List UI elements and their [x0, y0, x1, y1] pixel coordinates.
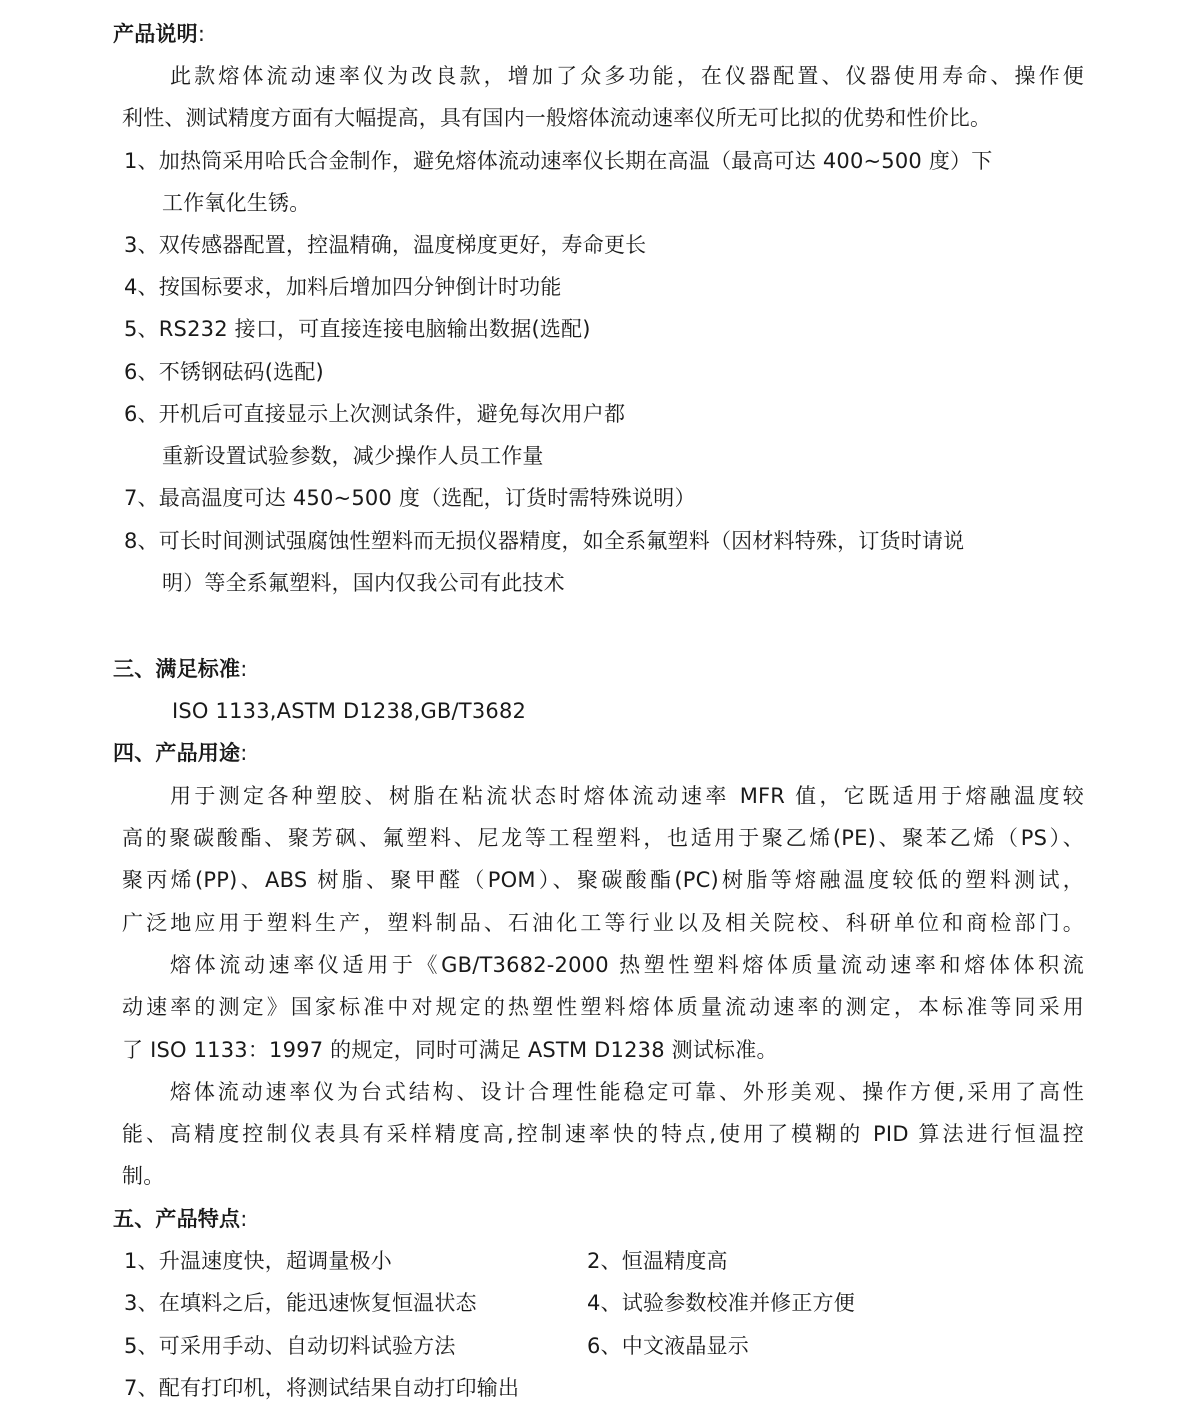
list-item: 5、RS232 接口，可直接连接电脑输出数据(选配) [124, 315, 591, 343]
feature-item: 4、试验参数校准并修正方便 [587, 1289, 855, 1317]
heading-colon: : [240, 1207, 247, 1231]
heading-colon: : [240, 657, 247, 681]
list-item: 6、开机后可直接显示上次测试条件，避免每次用户都 [124, 400, 625, 428]
intro-paragraph-line: 利性、测试精度方面有大幅提高，具有国内一般熔体流动速率仪所无可比拟的优势和性价比… [122, 104, 1084, 132]
standards-text: ISO 1133,ASTM D1238,GB/T3682 [172, 697, 526, 725]
section-heading-usage: 四、产品用途: [113, 739, 247, 767]
section-heading-description: 产品说明: [113, 20, 205, 48]
list-item-continuation: 明）等全系氟塑料，国内仅我公司有此技术 [162, 569, 565, 597]
heading-text: 产品说明 [113, 22, 198, 46]
usage-paragraph-line: 用于测定各种塑胶、树脂在粘流状态时熔体流动速率 MFR 值，它既适用于熔融温度较 [170, 782, 1084, 810]
usage-paragraph-line: 能、高精度控制仪表具有采样精度高,控制速率快的特点,使用了模糊的 PID 算法进… [122, 1120, 1084, 1148]
heading-text: 三、满足标准 [113, 657, 240, 681]
usage-paragraph-line: 熔体流动速率仪适用于《GB/T3682-2000 热塑性塑料熔体质量流动速率和熔… [170, 951, 1084, 979]
feature-item: 5、可采用手动、自动切料试验方法 [124, 1332, 456, 1360]
feature-item: 6、中文液晶显示 [587, 1332, 749, 1360]
section-heading-features: 五、产品特点: [113, 1205, 247, 1233]
heading-colon: : [240, 741, 247, 765]
usage-paragraph-line: 动速率的测定》国家标准中对规定的热塑性塑料熔体质量流动速率的测定，本标准等同采用 [122, 993, 1084, 1021]
heading-colon: : [198, 22, 205, 46]
list-item-continuation: 重新设置试验参数，减少操作人员工作量 [162, 442, 544, 470]
feature-item: 3、在填料之后，能迅速恢复恒温状态 [124, 1289, 477, 1317]
feature-item: 1、升温速度快，超调量极小 [124, 1247, 392, 1275]
usage-paragraph-line: 高的聚碳酸酯、聚芳砜、氟塑料、尼龙等工程塑料，也适用于聚乙烯(PE)、聚苯乙烯（… [122, 824, 1084, 852]
feature-item: 7、配有打印机，将测试结果自动打印输出 [124, 1374, 519, 1402]
heading-text: 五、产品特点 [113, 1207, 240, 1231]
list-item: 6、不锈钢砝码(选配) [124, 358, 324, 386]
usage-paragraph-line: 广泛地应用于塑料生产，塑料制品、石油化工等行业以及相关院校、科研单位和商检部门。 [122, 909, 1084, 937]
usage-paragraph-line: 熔体流动速率仪为台式结构、设计合理性能稳定可靠、外形美观、操作方便,采用了高性 [170, 1078, 1084, 1106]
list-item: 7、最高温度可达 450~500 度（选配，订货时需特殊说明） [124, 484, 696, 512]
feature-item: 2、恒温精度高 [587, 1247, 728, 1275]
intro-paragraph-line: 此款熔体流动速率仪为改良款，增加了众多功能，在仪器配置、仪器使用寿命、操作便 [170, 62, 1084, 90]
list-item: 4、按国标要求，加料后增加四分钟倒计时功能 [124, 273, 562, 301]
heading-text: 四、产品用途 [113, 741, 240, 765]
list-item: 3、双传感器配置，控温精确，温度梯度更好，寿命更长 [124, 231, 646, 259]
list-item-continuation: 工作氧化生锈。 [162, 189, 310, 217]
usage-paragraph-line: 制。 [122, 1162, 1084, 1190]
list-item: 8、可长时间测试强腐蚀性塑料而无损仪器精度，如全系氟塑料（因材料特殊，订货时请说 [124, 527, 964, 555]
section-heading-standards: 三、满足标准: [113, 655, 247, 683]
usage-paragraph-line: 聚丙烯(PP)、ABS 树脂、聚甲醛（POM）、聚碳酸酯(PC)树脂等熔融温度较… [122, 866, 1084, 894]
usage-paragraph-line: 了 ISO 1133：1997 的规定，同时可满足 ASTM D1238 测试标… [122, 1036, 1084, 1064]
list-item: 1、加热筒采用哈氏合金制作，避免熔体流动速率仪长期在高温（最高可达 400~50… [124, 147, 992, 175]
